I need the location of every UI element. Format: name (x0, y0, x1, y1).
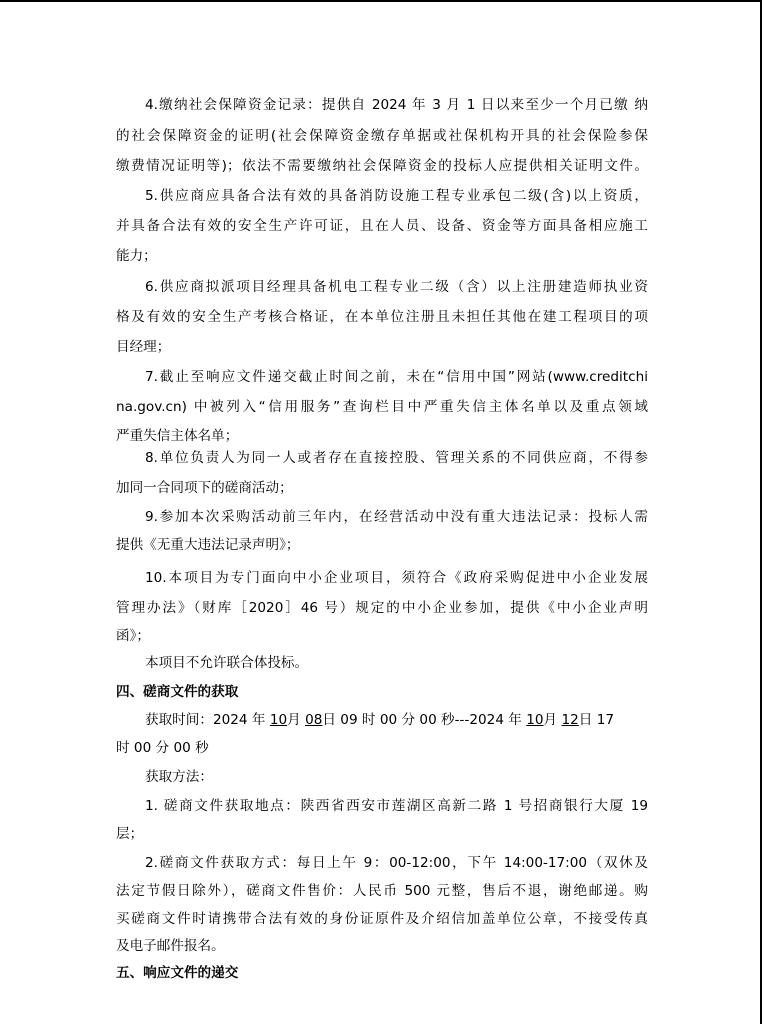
method-label: 获取方法： (145, 768, 213, 786)
section-5-heading: 五、响应文件的递交 (116, 964, 238, 982)
time-separator: --- (455, 712, 470, 728)
end-month: 10 (526, 712, 543, 728)
start-month: 10 (270, 712, 287, 728)
day-unit: 日 (322, 712, 340, 728)
acquisition-time-line-1: 获取时间：2024 年 10月 08日 09 时 00 分 00 秒---202… (145, 711, 614, 729)
item-9-line-1: 9.参加本次采购活动前三年内，在经营活动中没有重大违法记录：投标人需 (145, 508, 648, 526)
item-4-line-2: 的社会保障资金的证明(社会保障资金缴存单据或社保机构开具的社会保险参保 (116, 127, 648, 145)
start-hour: 09 (340, 712, 357, 728)
year-unit: 年 (248, 712, 270, 728)
item-7-line-2: na.gov.cn) 中被列入“信用服务”查询栏目中严重失信主体名单以及重点领域 (116, 398, 648, 416)
item-7-line-1: 7.截止至响应文件递交截止时间之前，未在“信用中国”网站(www.creditc… (145, 368, 648, 386)
consortium-note: 本项目不允许联合体投标。 (145, 654, 308, 672)
section-4-heading: 四、磋商文件的获取 (116, 683, 238, 701)
item-6-line-2: 格及有效的安全生产考核合格证，在本单位注册且未担任其他在建工程项目的项 (116, 308, 648, 326)
hour-unit: 时 (358, 712, 380, 728)
item-6-line-3: 目经理； (116, 338, 170, 356)
end-second: 00 (173, 740, 190, 756)
end-year: 2024 (469, 712, 504, 728)
start-day: 08 (305, 712, 322, 728)
month-unit: 月 (287, 712, 305, 728)
item-8-line-1: 8.单位负责人为同一人或者存在直接控股、管理关系的不同供应商，不得参 (145, 449, 648, 467)
end-hour: 17 (597, 712, 614, 728)
hour-unit: 时 (116, 740, 134, 756)
item-4-line-1: 4.缴纳社会保障资金记录：提供自 2024 年 3 月 1 日以来至少一个月已缴… (145, 96, 648, 114)
day-unit: 日 (579, 712, 597, 728)
month-unit: 月 (544, 712, 562, 728)
end-day: 12 (561, 712, 578, 728)
item-8-line-2: 加同一合同项下的磋商活动； (116, 479, 293, 497)
method-1-line-1: 1. 磋商文件获取地点：陕西省西安市莲湖区高新二路 1 号招商银行大厦 19 (145, 797, 648, 815)
method-2-line-1: 2.磋商文件获取方式：每日上午 9：00-12:00，下午 14:00-17:0… (145, 854, 648, 872)
start-second: 00 (419, 712, 436, 728)
item-6-line-1: 6.供应商拟派项目经理具备机电工程专业二级（含）以上注册建造师执业资 (145, 278, 648, 296)
method-2-line-3: 买磋商文件时请携带合法有效的身份证原件及介绍信加盖单位公章，不接受传真 (116, 910, 648, 928)
method-1-line-2: 层； (116, 825, 143, 843)
item-5-line-3: 能力； (116, 247, 157, 265)
start-minute: 00 (380, 712, 397, 728)
second-unit: 秒 (437, 712, 455, 728)
minute-unit: 分 (151, 740, 173, 756)
start-year: 2024 (213, 712, 248, 728)
end-minute: 00 (134, 740, 151, 756)
item-10-line-3: 函》； (116, 627, 150, 645)
item-10-line-2: 管理办法》（财库［2020］46 号）规定的中小企业参加，提供《中小企业声明 (116, 599, 648, 617)
item-5-line-2: 并具备合法有效的安全生产许可证，且在人员、设备、资金等方面具备相应施工 (116, 217, 648, 235)
item-7-line-3: 严重失信主体名单； (116, 427, 238, 445)
item-5-line-1: 5.供应商应具备合法有效的具备消防设施工程专业承包二级(含)以上资质， (145, 187, 648, 205)
document-page: 4.缴纳社会保障资金记录：提供自 2024 年 3 月 1 日以来至少一个月已缴… (0, 0, 762, 1024)
method-2-line-4: 及电子邮件报名。 (116, 937, 225, 955)
minute-unit: 分 (397, 712, 419, 728)
second-unit: 秒 (191, 740, 209, 756)
method-2-line-2: 法定节假日除外），磋商文件售价：人民币 500 元整，售后不退，谢绝邮递。购 (116, 882, 648, 900)
time-label: 获取时间： (145, 712, 213, 728)
acquisition-time-line-2: 时 00 分 00 秒 (116, 739, 209, 757)
item-10-line-1: 10.本项目为专门面向中小企业项目，须符合《政府采购促进中小企业发展 (145, 569, 648, 587)
item-9-line-2: 提供《无重大违法记录声明》； (116, 536, 300, 554)
year-unit: 年 (504, 712, 526, 728)
item-4-line-3: 缴费情况证明等)；依法不需要缴纳社会保障资金的投标人应提供相关证明文件。 (116, 157, 648, 175)
